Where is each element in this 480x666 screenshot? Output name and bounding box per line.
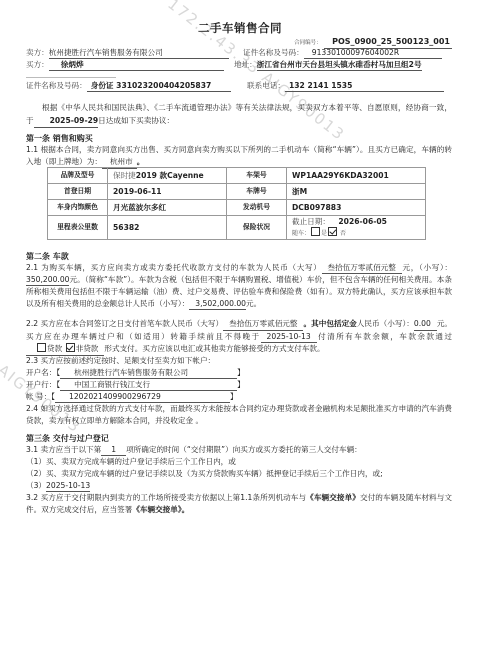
non-loan-checkbox[interactable] [66,343,75,352]
account-number: 1202021409900296729 [55,391,230,403]
account-name-row: 开户名：【杭州捷胜行汽车销售服务有限公司】 [26,367,245,379]
vehicle-info-table: 品牌及型号 保时捷2019 款Cayenne 车架号 WP1AA29Y6KDA3… [47,167,426,240]
with-car-yes-checkbox[interactable] [311,227,320,236]
buyer-address-row: 地址：浙江省台州市天台县坦头镇水碓岙村马加旦组2号 [234,59,422,71]
payment-deadline: 2025-10-13 [261,331,317,344]
body-color: 月光蓝波尔多红 [108,200,227,216]
insurance-status: 截止日期： 2026-06-05 随车：是 否 [287,216,426,240]
delivery-date: 2025-10-13 [46,480,90,492]
account-name: 杭州捷胜行汽车销售服务有限公司 [60,367,237,379]
first-registration-date: 2019-06-11 [108,184,227,200]
table-row: 车身内饰颜色 月光蓝波尔多红 发动机号 DCB097883 [48,200,426,216]
table-row: 品牌及型号 保时捷2019 款Cayenne 车架号 WP1AA29Y6KDA3… [48,168,426,184]
seller-row: 卖方：杭州捷胜行汽车销售服务有限公司 [26,47,229,59]
buyer-id-row: 证件名称及号码：身份证 331023200404205837 [26,80,231,92]
option-1: （1）买、卖双方完成车辆的过户登记手续后三个工作日内，或 [26,456,236,467]
buyer-address: 浙江省台州市天台县坦头镇水碓岙村马加旦组2号 [257,59,422,71]
article-2-heading: 第二条 车款 [26,251,69,263]
contract-page: 172.2.43.33 AIGY90013 AIGY90013 二手车销售合同 … [0,0,480,666]
divider [26,77,116,78]
contract-date: 2025-09-29 [34,114,99,128]
seller-id: 91330100097604002R [304,47,442,59]
article-1-heading: 第一条 销售和购买 [26,133,93,145]
article-1-1: 1.1 根据本合同，卖方同意向买方出售、买方同意向卖方购买以下所列的二手机动车（… [26,144,452,169]
article-2-2: 2.2 买方应在本合同签订之日支付首笔车款人民币（大写）叁拾伍万零贰佰元整。其中… [26,318,452,356]
buyer-phone-row: 联系电话：132 2141 1535 [247,80,444,92]
article-2-3: 2.3 买方应按前述约定按时、足额支付至卖方如下帐户： [26,355,215,366]
table-row: 首登日期 2019-06-11 车牌号 浙M [48,184,426,200]
engine-number: DCB097883 [287,200,426,216]
account-number-row: 帐 号：【1202021409900296729】 [26,391,238,403]
account-bank: 中国工商银行钱江支行 [60,379,237,391]
article-2-1: 2.1 为购买车辆，买方应向卖方或卖方委托代收款方支付的车款为人民币（大写）叁拾… [26,262,452,310]
page-title: 二手车销售合同 [0,20,480,37]
payment-method: 贷款 非贷款 [26,343,104,356]
option-2: （2）买、卖双方完成车辆的过户登记手续以及（为买方贷款购买车辆）抵押登记手续后三… [26,468,383,479]
preamble: 根据《中华人民共和国民法典》、《二手车流通管理办法》等有关法律法规，买卖双方本着… [26,101,452,128]
total-amount: 3,502,000.00 [189,298,246,310]
vin: WP1AA29Y6KDA32001 [287,168,426,184]
seller-id-row: 证件名称及号码：91330100097604002R [243,47,442,59]
insurance-expiry: 2026-06-05 [332,217,387,226]
price-lowercase: 350,200.00 [26,274,69,286]
price-uppercase: 叁拾伍万零贰佰元整 [322,262,402,274]
loan-checkbox[interactable] [37,343,46,352]
plate-number: 浙M [287,184,426,200]
article-3-2: 3.2 买方应于交付期限内到卖方的工作场所接受卖方依据以上第1.1条所列机动车与… [26,492,452,515]
delivery-item-number: 1 [101,444,126,456]
option-3: （3）2025-10-13 [26,480,90,492]
article-3-heading: 第三条 交付与过户登记 [26,433,109,445]
deposit-amount: 0.00 [414,318,437,331]
article-2-4: 2.4 如买方选择通过贷款的方式支付车款，而最终买方未能按本合同约定办理贷款或者… [26,403,452,426]
table-row: 里程表公里数 56382 保险状况 截止日期： 2026-06-05 随车：是 … [48,216,426,240]
mileage: 56382 [108,216,227,240]
article-3-1: 3.1 卖方应当于以下第1项所确定的时间（“交付期限”）向买方或买方委托的第三人… [26,444,362,456]
buyer-name: 徐炳烨 [49,59,224,71]
with-car-no-checkbox[interactable] [328,227,337,236]
seller-name: 杭州捷胜行汽车销售服务有限公司 [49,47,229,59]
first-payment-uppercase: 叁拾伍万零贰佰元整 [223,318,303,331]
buyer-row: 买方：徐炳烨 [26,59,224,71]
account-bank-row: 开户行：【中国工商银行钱江支行】 [26,379,245,391]
buyer-id: 身份证 331023200404205837 [87,80,231,92]
buyer-phone: 132 2141 1535 [285,80,444,92]
brand-model: 保时捷2019 款Cayenne [108,168,227,184]
